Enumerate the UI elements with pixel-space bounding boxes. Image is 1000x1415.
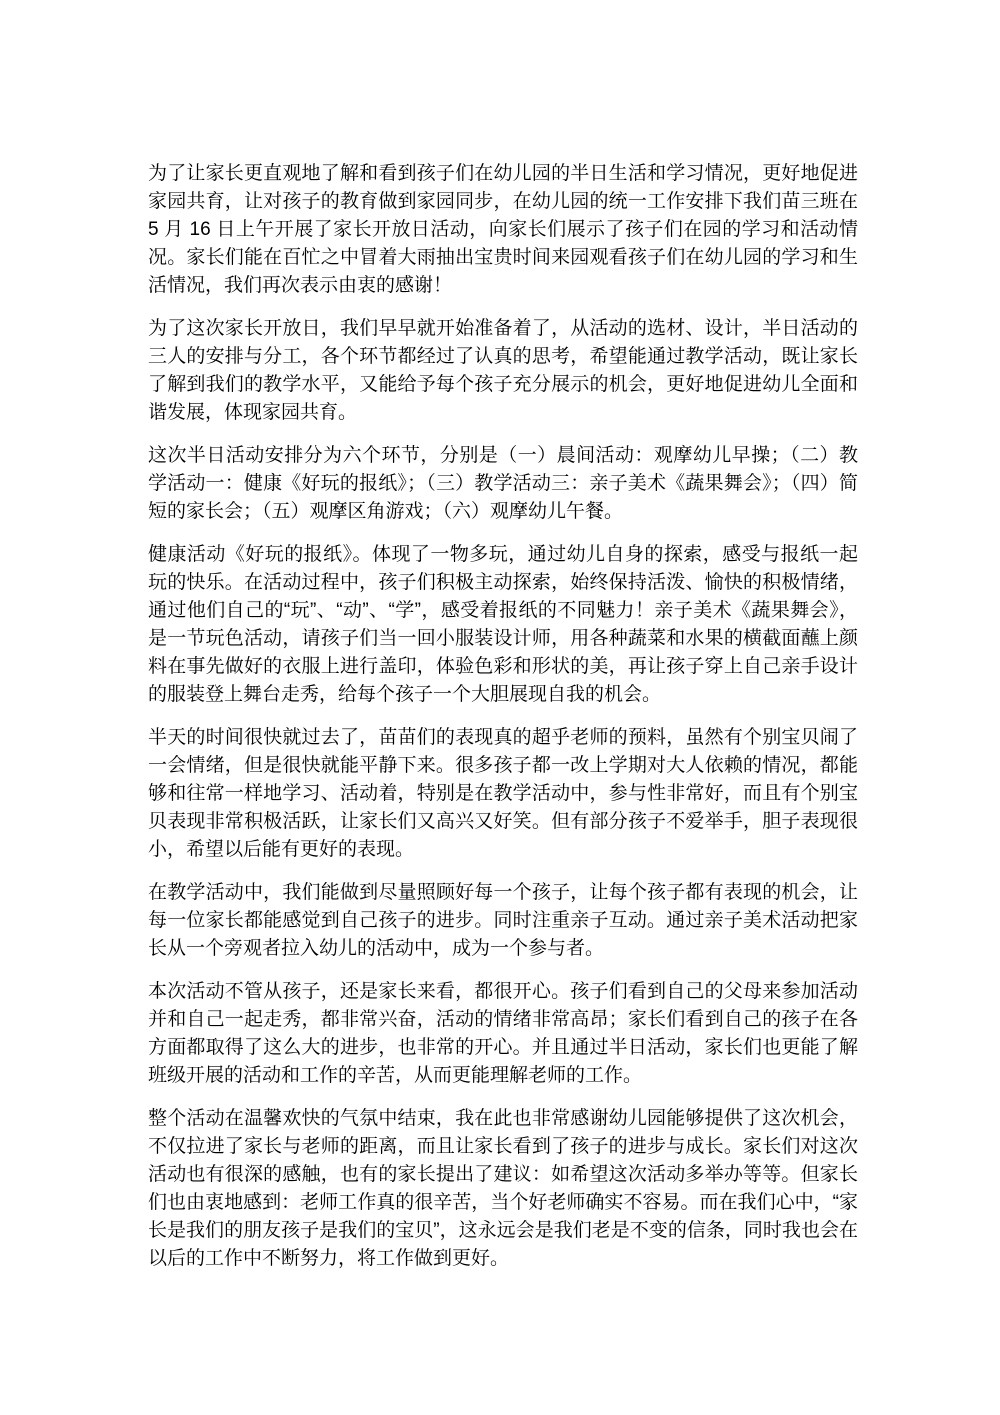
paragraph-activities-detail: 健康活动《好玩的报纸》。体现了一物多玩，通过幼儿自身的探索，感受与报纸一起玩的快… [148, 541, 858, 709]
paragraph-preparation: 为了这次家长开放日，我们早早就开始准备着了，从活动的选材、设计，半日活动的三人的… [148, 315, 858, 427]
paragraph-teaching-approach: 在教学活动中，我们能做到尽量照顾好每一个孩子，让每个孩子都有表现的机会，让每一位… [148, 879, 858, 963]
paragraph-schedule: 这次半日活动安排分为六个环节，分别是（一）晨间活动：观摩幼儿早操；（二）教学活动… [148, 442, 858, 526]
document-page: 为了让家长更直观地了解和看到孩子们在幼儿园的半日生活和学习情况，更好地促进家园共… [0, 0, 1000, 1415]
paragraph-children-performance: 半天的时间很快就过去了，苗苗们的表现真的超乎老师的预料，虽然有个别宝贝闹了一会情… [148, 724, 858, 864]
paragraph-feedback: 本次活动不管从孩子，还是家长来看，都很开心。孩子们看到自己的父母来参加活动并和自… [148, 978, 858, 1090]
paragraph-conclusion: 整个活动在温馨欢快的气氛中结束，我在此也非常感谢幼儿园能够提供了这次机会，不仅拉… [148, 1105, 858, 1273]
paragraph-intro: 为了让家长更直观地了解和看到孩子们在幼儿园的半日生活和学习情况，更好地促进家园共… [148, 160, 858, 300]
